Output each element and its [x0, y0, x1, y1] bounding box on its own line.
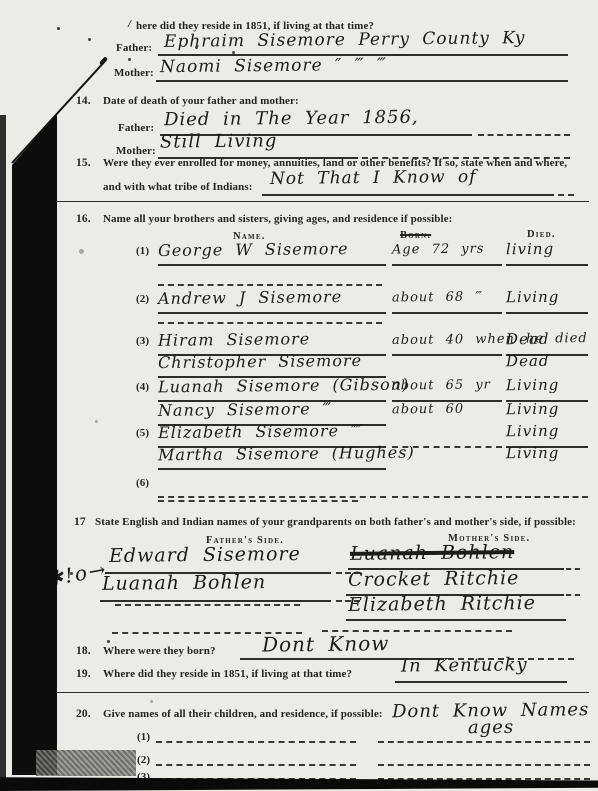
sibling-name: Luanah Sisemore (Gibson): [158, 375, 409, 397]
q14-mother-line: Still Living: [158, 131, 358, 159]
sibling-name: Elizabeth Sisemore ⁗: [158, 421, 363, 442]
row-number: (5): [136, 427, 149, 439]
sibling-born-line: [392, 472, 502, 498]
cut-off-letter-mark: /: [127, 18, 132, 30]
q16-col-header-died: Died.: [527, 229, 556, 240]
q19-answer-line: In Kentucky: [395, 655, 567, 683]
q16-question: Name all your brothers and sisters, givi…: [103, 213, 452, 225]
q17-father-grandparent-line: Edward Sisemore: [105, 544, 331, 574]
sibling-died-line: Living: [506, 288, 588, 314]
sibling-name-line: Martha Sisemore (Hughes): [158, 444, 386, 470]
q20-blank-line: [378, 752, 590, 766]
q14-mother-line-tail: [362, 131, 570, 159]
siblings-row-1: (1) George W Sisemore Age 72 yrs living: [0, 240, 598, 266]
q17-mother-grandparent-line: Luanah Bohlen: [348, 542, 564, 570]
q20-blank-line: [378, 729, 590, 743]
sibling-died: Living: [506, 422, 559, 441]
sibling-died: Living: [506, 444, 559, 463]
q17-mother-blank-line: [322, 618, 512, 632]
q20-row-number: (2): [137, 754, 150, 766]
sibling-died: Living: [506, 400, 559, 419]
inter-row-dash: [158, 488, 358, 502]
section-divider-rule: [55, 201, 589, 202]
q15-answer: Not That I Know of: [262, 167, 477, 189]
q20-blank-line: [156, 752, 356, 766]
q15-number: 15.: [76, 157, 91, 169]
row-number: (1): [136, 245, 149, 257]
grandparent-name-struck: Luanah Bohlen: [348, 541, 514, 565]
q18-question: Where were they born?: [103, 645, 216, 657]
q17-line-tail: [566, 542, 580, 570]
q20-blank-line: [378, 766, 590, 780]
q14-father-label: Father:: [118, 122, 154, 134]
row-number: (6): [136, 477, 149, 489]
sibling-name: Martha Sisemore (Hughes): [158, 443, 415, 465]
sibling-born: Age 72 yrs: [392, 242, 485, 258]
grandparent-name: Edward Sisemore: [105, 543, 301, 567]
q18-number: 18.: [76, 645, 91, 657]
sibling-name: Christopher Sisemore: [158, 351, 362, 372]
q19-question: Where did they reside in 1851, if living…: [103, 668, 352, 680]
q14-question: Date of death of your father and mother:: [103, 95, 299, 107]
sibling-born: about 68 ‴: [392, 290, 483, 306]
scan-diagonal-crease-line: [11, 60, 106, 164]
q17-question: State English and Indian names of your g…: [95, 516, 576, 528]
sibling-died: Living: [506, 376, 559, 395]
q20-blank-line: [156, 729, 356, 743]
q13-father-label: Father:: [116, 42, 152, 54]
sibling-name-line: Christopher Sisemore: [158, 352, 386, 378]
q14-mother-label: Mother:: [116, 145, 156, 157]
sibling-born-line: about 68 ‴: [392, 288, 502, 314]
q15-question-line2: and with what tribe of Indians:: [103, 181, 253, 193]
grandparent-name: Elizabeth Ritchie: [346, 592, 536, 616]
q17-number: 17: [74, 516, 86, 528]
sibling-born-line: Age 72 yrs: [392, 240, 502, 266]
siblings-row-5b: Martha Sisemore (Hughes) Living: [0, 444, 598, 470]
q20-row-number: (1): [137, 731, 150, 743]
sibling-died-line: Living: [506, 400, 588, 424]
q20-number: 20.: [76, 708, 91, 720]
q20-blank-line: [156, 766, 356, 780]
scan-speckle-block: [36, 750, 136, 776]
q18-answer: Dont Know: [240, 631, 390, 657]
sibling-name: George W Sisemore: [158, 239, 349, 260]
sibling-name-line: Luanah Sisemore (Gibson): [158, 376, 386, 402]
q13-mother-label: Mother:: [114, 67, 154, 79]
sibling-died: living: [506, 240, 554, 259]
sibling-died-line: [506, 472, 588, 498]
q13-father-line: Ephraim Sisemore Perry County Ky: [158, 30, 568, 56]
sibling-name-line: George W Sisemore: [158, 240, 386, 266]
sibling-died: Living: [506, 288, 559, 307]
sibling-died-line: Living: [506, 444, 588, 468]
q17-line-tail: [566, 568, 580, 596]
grandparent-name: Crocket Ritchie: [346, 567, 520, 591]
sibling-born-line: about 65 yr: [392, 376, 502, 402]
sibling-died-line: Dead: [506, 352, 588, 376]
sibling-born-line: about 60: [392, 400, 502, 424]
siblings-row-4: (4) Luanah Sisemore (Gibson) about 65 yr…: [0, 376, 598, 402]
sibling-name: Andrew J Sisemore: [158, 287, 342, 308]
sibling-died: Dead: [506, 352, 550, 370]
q19-number: 19.: [76, 668, 91, 680]
q20-question: Give names of all their children, and re…: [103, 708, 383, 720]
sibling-died: Dead: [506, 330, 550, 348]
inter-row-dash: [158, 272, 382, 286]
sibling-died-line: living: [506, 240, 588, 266]
q17-father-blank-line: [115, 592, 300, 606]
q17-mother-grandparent-line: Elizabeth Ritchie: [346, 593, 566, 621]
inter-row-dash: [158, 310, 382, 324]
sibling-died-line: Living: [506, 376, 588, 402]
q13-mother-value: Naomi Sisemore ″ ‴ ‴: [156, 55, 387, 77]
q13-mother-line: Naomi Sisemore ″ ‴ ‴: [156, 56, 568, 82]
q13-father-value: Ephraim Sisemore Perry County Ky: [158, 28, 526, 52]
q19-answer: In Kentucky: [395, 654, 528, 676]
sibling-name: Hiram Sisemore: [158, 329, 310, 350]
row-number: (4): [136, 381, 149, 393]
q15-answer-line-tail: [558, 168, 574, 196]
scanned-document-page: / here did they reside in 1851, if livin…: [0, 0, 598, 791]
q14-mother-value: Still Living: [158, 130, 278, 152]
siblings-row-3b: Christopher Sisemore Dead: [0, 352, 598, 378]
scan-noise-dots: [57, 27, 60, 30]
q16-number: 16.: [76, 213, 91, 225]
row-number: (3): [136, 335, 149, 347]
sibling-name: Nancy Sisemore ‴: [158, 399, 332, 420]
q14-number: 14.: [76, 95, 91, 107]
row-number: (2): [136, 293, 149, 305]
q15-answer-line: Not That I Know of: [262, 168, 554, 196]
q14-father-value: Died in The Year 1856,: [160, 107, 419, 131]
scan-edge-strip: [0, 115, 6, 778]
section-divider-rule: [55, 692, 589, 693]
sibling-born: about 60: [392, 402, 464, 418]
sibling-born: about 65 yr: [392, 377, 491, 393]
